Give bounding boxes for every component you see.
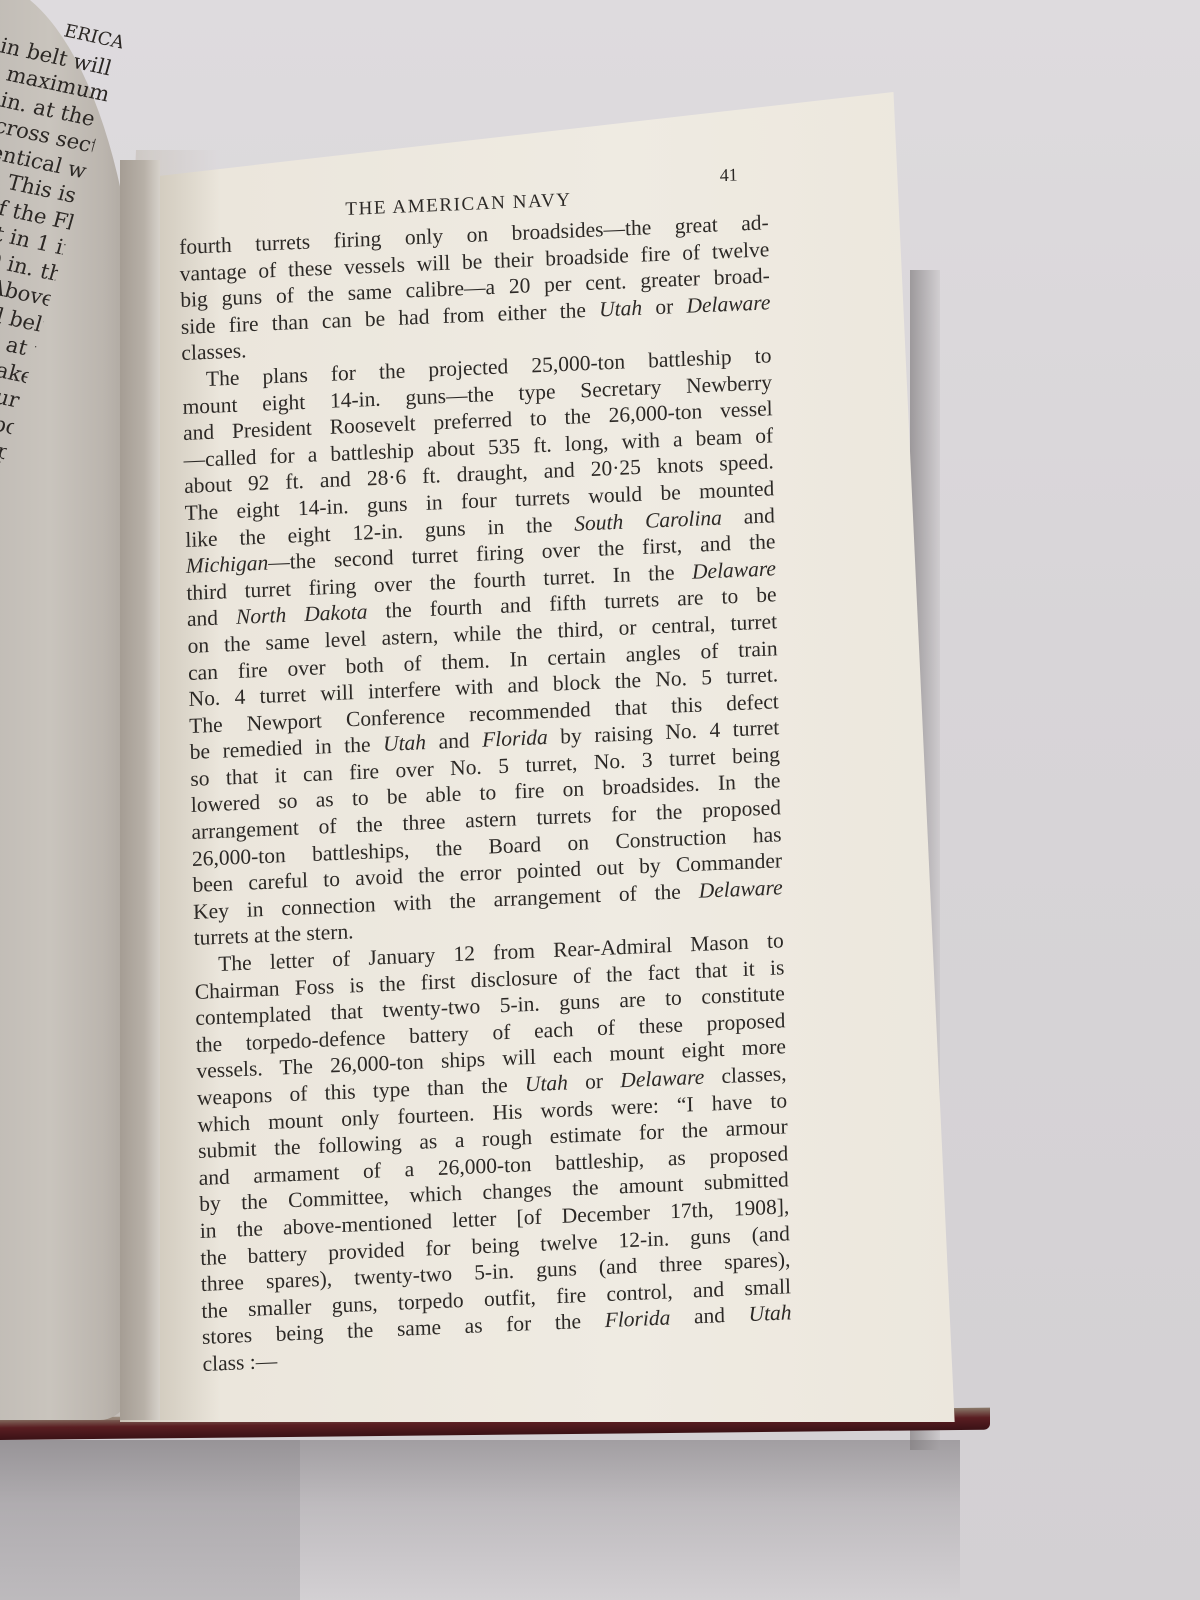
page-number: 41 [719,165,737,187]
right-page-text: THE AMERICAN NAVY 41 fourth turrets firi… [130,163,794,1379]
left-page-text: ERICAN NAVY main belt will be pof a maxi… [0,0,127,1155]
book-shadow [0,1440,960,1600]
running-title: THE AMERICAN NAVY [345,190,572,221]
left-page-text-area: ERICAN NAVY main belt will be pof a maxi… [0,0,140,1420]
photo-scene: ERICAN NAVY main belt will be pof a maxi… [0,0,1200,1600]
body-text: fourth turrets firing only on broadsides… [131,209,794,1379]
